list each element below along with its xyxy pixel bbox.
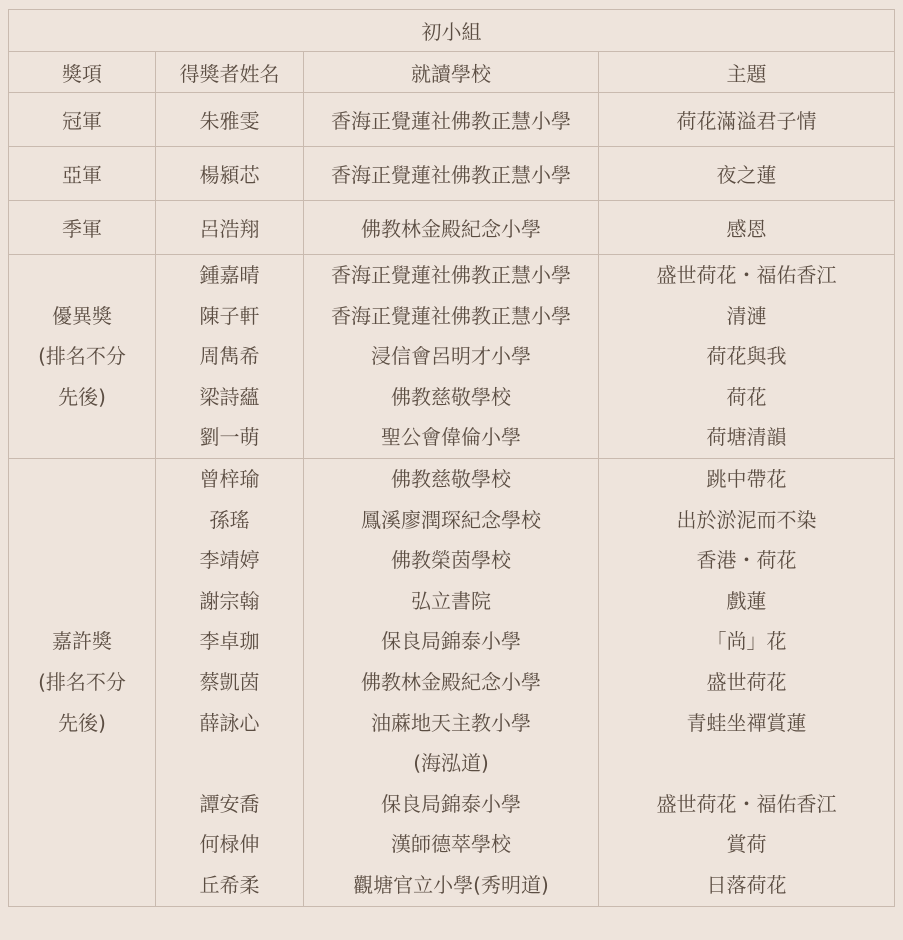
school-line: 鳳溪廖潤琛紀念學校: [304, 500, 598, 541]
theme-line: 荷花與我: [599, 336, 894, 377]
table-row-merit: 優異獎 (排名不分 先後) 鍾嘉晴 陳子軒 周雋希 梁詩蘊 劉一萌 香海正覺蓮社…: [9, 255, 895, 459]
results-table: 初小組 獎項 得獎者姓名 就讀學校 主題 冠軍 朱雅雯 香海正覺蓮社佛教正慧小學…: [8, 9, 895, 907]
theme-line: 跳中帶花: [599, 459, 894, 500]
theme-line: 日落荷花: [599, 865, 894, 906]
award-line: 先後): [9, 377, 155, 418]
name-line: 劉一萌: [156, 417, 303, 458]
award-line: 嘉許獎: [9, 621, 155, 662]
theme-line: 「尚」花: [599, 621, 894, 662]
school-line: 保良局錦泰小學: [304, 621, 598, 662]
name-cell: 鍾嘉晴 陳子軒 周雋希 梁詩蘊 劉一萌: [156, 255, 304, 459]
name-line: 薛詠心: [156, 703, 303, 744]
name-line: 孫瑤: [156, 500, 303, 541]
theme-line: 盛世荷花・福佑香江: [599, 255, 894, 296]
award-line: 優異獎: [9, 296, 155, 337]
theme-line: 荷花: [599, 377, 894, 418]
name-line: 鍾嘉晴: [156, 255, 303, 296]
name-line: 李卓珈: [156, 621, 303, 662]
header-school: 就讀學校: [304, 52, 599, 93]
school-line: 觀塘官立小學(秀明道): [304, 865, 598, 906]
school-line: 佛教慈敬學校: [304, 459, 598, 500]
school-line: 香海正覺蓮社佛教正慧小學: [304, 296, 598, 337]
header-theme: 主題: [599, 52, 895, 93]
theme-line: 出於淤泥而不染: [599, 500, 894, 541]
school-line: 油蔴地天主教小學: [304, 703, 598, 744]
school-cell: 香海正覺蓮社佛教正慧小學 香海正覺蓮社佛教正慧小學 浸信會呂明才小學 佛教慈敬學…: [304, 255, 599, 459]
school-cell: 香海正覺蓮社佛教正慧小學: [304, 147, 599, 201]
theme-cell: 跳中帶花 出於淤泥而不染 香港・荷花 戲蓮 「尚」花 盛世荷花 青蛙坐禪賞蓮 盛…: [599, 458, 895, 906]
name-line: 丘希柔: [156, 865, 303, 906]
school-line: 弘立書院: [304, 581, 598, 622]
school-line: (海泓道): [304, 743, 598, 784]
award-line: (排名不分: [9, 662, 155, 703]
award-cell: 冠軍: [9, 93, 156, 147]
theme-line: [599, 743, 894, 784]
name-line: 梁詩蘊: [156, 377, 303, 418]
name-cell: 呂浩翔: [156, 201, 304, 255]
theme-line: 賞荷: [599, 824, 894, 865]
award-cell: 優異獎 (排名不分 先後): [9, 255, 156, 459]
table-row-third: 季軍 呂浩翔 佛教林金殿紀念小學 感恩: [9, 201, 895, 255]
name-cell: 朱雅雯: [156, 93, 304, 147]
award-cell: 亞軍: [9, 147, 156, 201]
name-line: 陳子軒: [156, 296, 303, 337]
school-line: 聖公會偉倫小學: [304, 417, 598, 458]
header-award: 獎項: [9, 52, 156, 93]
header-name: 得獎者姓名: [156, 52, 304, 93]
theme-cell: 感恩: [599, 201, 895, 255]
award-cell: 嘉許獎 (排名不分 先後): [9, 458, 156, 906]
table-title: 初小組: [9, 10, 895, 52]
school-line: 保良局錦泰小學: [304, 784, 598, 825]
theme-cell: 盛世荷花・福佑香江 清漣 荷花與我 荷花 荷塘清韻: [599, 255, 895, 459]
name-line: 蔡凱茵: [156, 662, 303, 703]
table-row-runner-up: 亞軍 楊潁芯 香海正覺蓮社佛教正慧小學 夜之蓮: [9, 147, 895, 201]
theme-cell: 夜之蓮: [599, 147, 895, 201]
theme-line: 盛世荷花・福佑香江: [599, 784, 894, 825]
name-line: 李靖婷: [156, 540, 303, 581]
award-line: (排名不分: [9, 336, 155, 377]
name-line: 譚安喬: [156, 784, 303, 825]
school-line: 佛教慈敬學校: [304, 377, 598, 418]
header-row: 獎項 得獎者姓名 就讀學校 主題: [9, 52, 895, 93]
award-cell: 季軍: [9, 201, 156, 255]
table-row-commendation: 嘉許獎 (排名不分 先後) 曾梓瑜 孫瑤 李靖婷 謝宗翰 李卓珈 蔡凱茵 薛詠心…: [9, 458, 895, 906]
award-line: 先後): [9, 703, 155, 744]
school-line: 佛教榮茵學校: [304, 540, 598, 581]
theme-line: 盛世荷花: [599, 662, 894, 703]
theme-line: 青蛙坐禪賞蓮: [599, 703, 894, 744]
school-line: 佛教林金殿紀念小學: [304, 662, 598, 703]
name-line: 何椂伸: [156, 824, 303, 865]
name-line: 周雋希: [156, 336, 303, 377]
school-line: 香海正覺蓮社佛教正慧小學: [304, 255, 598, 296]
theme-line: 清漣: [599, 296, 894, 337]
name-line: 謝宗翰: [156, 581, 303, 622]
name-cell: 曾梓瑜 孫瑤 李靖婷 謝宗翰 李卓珈 蔡凱茵 薛詠心 譚安喬 何椂伸 丘希柔: [156, 458, 304, 906]
school-cell: 香海正覺蓮社佛教正慧小學: [304, 93, 599, 147]
theme-cell: 荷花滿溢君子情: [599, 93, 895, 147]
name-cell: 楊潁芯: [156, 147, 304, 201]
name-line: [156, 743, 303, 784]
theme-line: 戲蓮: [599, 581, 894, 622]
theme-line: 荷塘清韻: [599, 417, 894, 458]
school-cell: 佛教慈敬學校 鳳溪廖潤琛紀念學校 佛教榮茵學校 弘立書院 保良局錦泰小學 佛教林…: [304, 458, 599, 906]
school-line: 浸信會呂明才小學: [304, 336, 598, 377]
name-line: 曾梓瑜: [156, 459, 303, 500]
school-line: 漢師德萃學校: [304, 824, 598, 865]
table-row-champion: 冠軍 朱雅雯 香海正覺蓮社佛教正慧小學 荷花滿溢君子情: [9, 93, 895, 147]
school-cell: 佛教林金殿紀念小學: [304, 201, 599, 255]
theme-line: 香港・荷花: [599, 540, 894, 581]
